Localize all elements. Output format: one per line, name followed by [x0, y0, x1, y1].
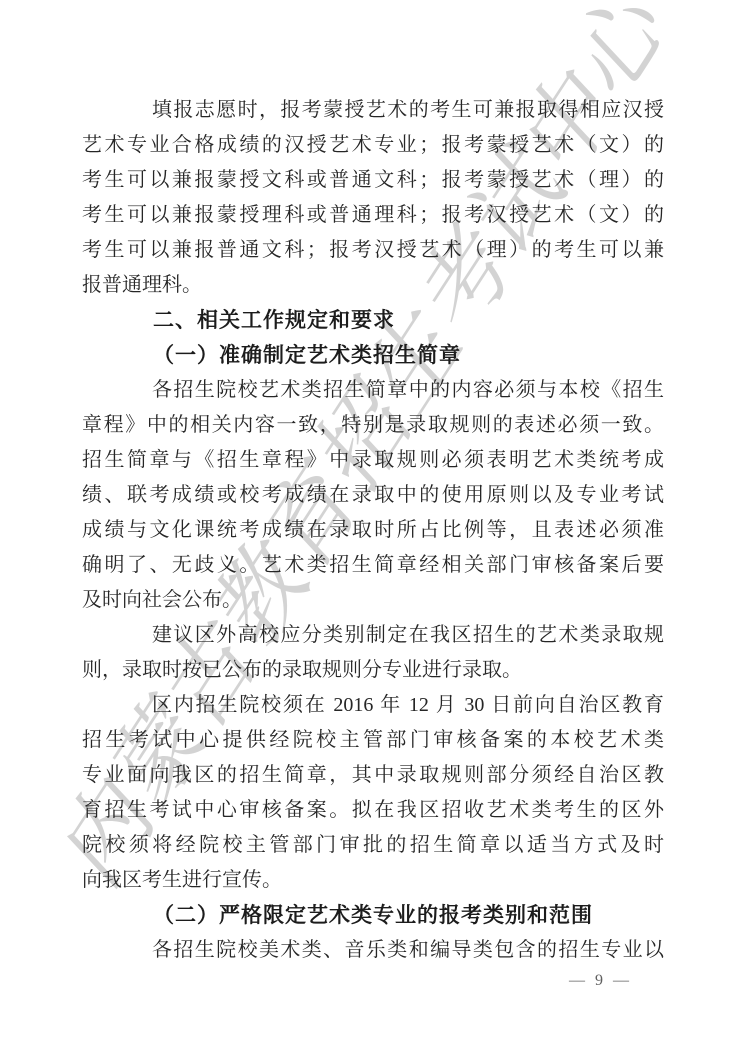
text-line: 及时向社会公布。	[82, 583, 664, 618]
paragraph-suggestion: 建议区外高校应分类别制定在我区招生的艺术类录取规 则，录取时按已公布的录取规则分…	[82, 618, 664, 688]
text-line: 考生可以兼报蒙授文科或普通文科；报考蒙授艺术（理）的	[82, 163, 664, 198]
text-line: 建议区外高校应分类别制定在我区招生的艺术类录取规	[82, 618, 664, 653]
text-line: 各招生院校艺术类招生简章中的内容必须与本校《招生	[82, 373, 664, 408]
subsection-heading-2-2: （二）严格限定艺术类专业的报考类别和范围	[82, 898, 664, 933]
text-line: 章程》中的相关内容一致，特别是录取规则的表述必须一致。	[82, 408, 664, 443]
text-line: 成绩与文化课统考成绩在录取时所占比例等，且表述必须准	[82, 513, 664, 548]
paragraph-category-scope: 各招生院校美术类、音乐类和编导类包含的招生专业以	[82, 933, 664, 968]
text-line: 则，录取时按已公布的录取规则分专业进行录取。	[82, 653, 664, 688]
section-heading-2: 二、相关工作规定和要求	[82, 303, 664, 338]
text-line: 绩、联考成绩或校考成绩在录取中的使用原则以及专业考试	[82, 478, 664, 513]
page-number: — 9 —	[569, 972, 632, 990]
paragraph-admission-brochure: 各招生院校艺术类招生简章中的内容必须与本校《招生 章程》中的相关内容一致，特别是…	[82, 373, 664, 618]
text-line: 育招生考试中心审核备案。拟在我区招收艺术类考生的区外	[82, 793, 664, 828]
text-line: 各招生院校美术类、音乐类和编导类包含的招生专业以	[82, 933, 664, 968]
text-line: 招生考试中心提供经院校主管部门审核备案的本校艺术类	[82, 723, 664, 758]
document-body: 填报志愿时，报考蒙授艺术的考生可兼报取得相应汉授 艺术专业合格成绩的汉授艺术专业…	[82, 93, 664, 968]
text-line: 报普通理科。	[82, 268, 664, 303]
text-line: 区内招生院校须在 2016 年 12 月 30 日前向自治区教育	[82, 688, 664, 723]
paragraph-volunteer-rules: 填报志愿时，报考蒙授艺术的考生可兼报取得相应汉授 艺术专业合格成绩的汉授艺术专业…	[82, 93, 664, 303]
document-page: 内蒙古教育招生考试中心 填报志愿时，报考蒙授艺术的考生可兼报取得相应汉授 艺术专…	[0, 0, 744, 1053]
text-line: 院校须将经院校主管部门审批的招生简章以适当方式及时	[82, 828, 664, 863]
text-line: 填报志愿时，报考蒙授艺术的考生可兼报取得相应汉授	[82, 93, 664, 128]
text-line: 考生可以兼报蒙授理科或普通理科；报考汉授艺术（文）的	[82, 198, 664, 233]
paragraph-deadline-filing: 区内招生院校须在 2016 年 12 月 30 日前向自治区教育 招生考试中心提…	[82, 688, 664, 898]
text-line: 专业面向我区的招生简章，其中录取规则部分须经自治区教	[82, 758, 664, 793]
text-line: 招生简章与《招生章程》中录取规则必须表明艺术类统考成	[82, 443, 664, 478]
text-line: 考生可以兼报普通文科；报考汉授艺术（理）的考生可以兼	[82, 233, 664, 268]
text-line: 确明了、无歧义。艺术类招生简章经相关部门审核备案后要	[82, 548, 664, 583]
subsection-heading-2-1: （一）准确制定艺术类招生简章	[82, 338, 664, 373]
text-line: 向我区考生进行宣传。	[82, 863, 664, 898]
text-line: 艺术专业合格成绩的汉授艺术专业；报考蒙授艺术（文）的	[82, 128, 664, 163]
